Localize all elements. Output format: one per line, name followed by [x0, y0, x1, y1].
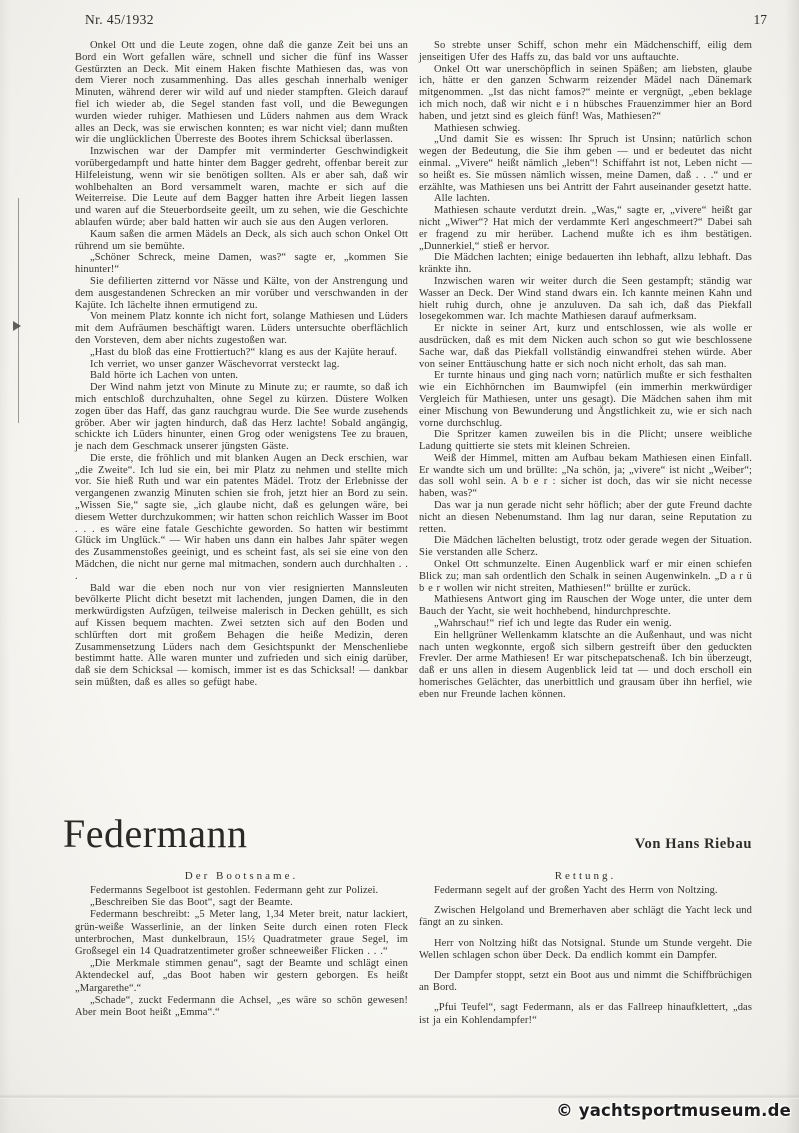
paragraph: Die Spritzer kamen zuweilen bis in die P… [419, 429, 752, 453]
paragraph: Sie defilierten zitternd vor Nässe und K… [75, 276, 408, 311]
paragraph: Mathiesen schaute verdutzt drein. „Was,“… [419, 205, 752, 252]
paragraph: Alle lachten. [419, 193, 752, 205]
paragraph: Mathiesen schwieg. [419, 123, 752, 135]
paragraph: „Pfui Teufel“, sagt Federmann, als er da… [419, 1002, 752, 1026]
paragraph: Von meinem Platz konnte ich nicht fort, … [75, 311, 408, 346]
federmann-column-right: Federmann segelt auf der großen Yacht de… [419, 885, 752, 1035]
paragraph: Federmann beschreibt: „5 Meter lang, 1,3… [75, 909, 408, 958]
article-title: Federmann [63, 813, 247, 855]
subheading-bootsname: Der Bootsname. [75, 870, 408, 882]
paragraph: Das war ja nun gerade nicht sehr höflich… [419, 500, 752, 535]
paragraph: Der Wind nahm jetzt von Minute zu Minute… [75, 382, 408, 453]
paragraph: Der Dampfer stoppt, setzt ein Boot aus u… [419, 970, 752, 994]
masthead: Nr. 45/1932 17 [0, 12, 799, 34]
paragraph: Die Mädchen lachten; einige bedauerten i… [419, 252, 752, 276]
paragraph: Herr von Noltzing hißt das Notsignal. St… [419, 938, 752, 962]
federmann-column-left: Federmanns Segelboot ist gestohlen. Fede… [75, 885, 408, 1019]
paragraph: Er nickte in seiner Art, kurz und entsch… [419, 323, 752, 370]
scan-margin-mark [13, 321, 21, 331]
subheading-rettung: Rettung. [419, 870, 752, 882]
paragraph: „Schade“, zuckt Federmann die Achsel, „e… [75, 995, 408, 1019]
paragraph: Die erste, die fröhlich und mit blanken … [75, 453, 408, 583]
watermark: © yachtsportmuseum.de [556, 1101, 791, 1120]
issue-number: Nr. 45/1932 [85, 12, 154, 28]
paragraph: Er turnte hinaus und ging nach vorn; nat… [419, 370, 752, 429]
scan-edge-line [0, 1094, 799, 1099]
paragraph: „Beschreiben Sie das Boot“, sagt der Bea… [75, 897, 408, 909]
paragraph: Inzwischen waren wir weiter durch die Se… [419, 276, 752, 323]
paragraph: Mathiesens Antwort ging im Rauschen der … [419, 594, 752, 618]
paragraph: „Schöner Schreck, meine Damen, was?“ sag… [75, 252, 408, 276]
paragraph: Zwischen Helgoland und Bremerhaven aber … [419, 905, 752, 929]
scan-margin-line [18, 198, 19, 423]
magazine-page: Nr. 45/1932 17 Onkel Ott und die Leute z… [0, 0, 799, 1133]
paragraph: Weiß der Himmel, mitten am Aufbau bekam … [419, 453, 752, 500]
paragraph: „Hast du bloß das eine Frottiertuch?“ kl… [75, 347, 408, 359]
paragraph: Federmanns Segelboot ist gestohlen. Fede… [75, 885, 408, 897]
article-byline: Von Hans Riebau [635, 836, 752, 853]
paragraph: Onkel Ott und die Leute zogen, ohne daß … [75, 40, 408, 146]
paragraph: Inzwischen war der Dampfer mit verminder… [75, 146, 408, 229]
paragraph: Ich verriet, wo unser ganzer Wäschevorra… [75, 359, 408, 371]
paragraph: Bald war die eben noch nur von vier resi… [75, 583, 408, 689]
paragraph: So strebte unser Schiff, schon mehr ein … [419, 40, 752, 64]
paragraph: Ein hellgrüner Wellenkamm klatschte an d… [419, 630, 752, 701]
paragraph: „Die Merkmale stimmen genau“, sagt der B… [75, 958, 408, 995]
paragraph: Kaum saßen die armen Mädels an Deck, als… [75, 229, 408, 253]
page-number: 17 [754, 12, 768, 28]
paragraph: „Wahrschau!“ rief ich und legte das Rude… [419, 618, 752, 630]
paragraph: Die Mädchen lächelten belustigt, trotz o… [419, 535, 752, 559]
paragraph: „Und damit Sie es wissen: Ihr Spruch ist… [419, 134, 752, 193]
paragraph: Onkel Ott war unerschöpflich in seinen S… [419, 64, 752, 123]
paragraph: Federmann segelt auf der großen Yacht de… [419, 885, 752, 897]
story-column-left: Onkel Ott und die Leute zogen, ohne daß … [75, 40, 408, 689]
paragraph: Bald hörte ich Lachen von unten. [75, 370, 408, 382]
story-column-right: So strebte unser Schiff, schon mehr ein … [419, 40, 752, 701]
paragraph: Onkel Ott schmunzelte. Einen Augenblick … [419, 559, 752, 594]
